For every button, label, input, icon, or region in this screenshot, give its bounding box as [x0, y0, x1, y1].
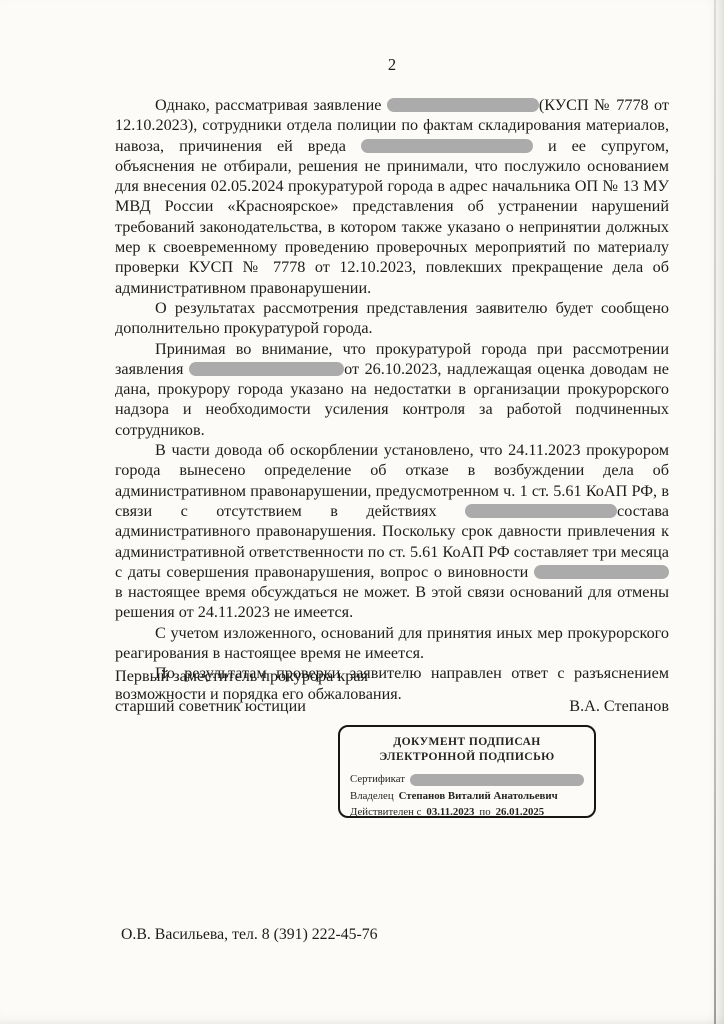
owner-name: Степанов Виталий Анатольевич: [399, 790, 558, 803]
signatory-name: В.А. Степанов: [569, 696, 669, 716]
electronic-signature-stamp: ДОКУМЕНТ ПОДПИСАН ЭЛЕКТРОННОЙ ПОДПИСЬЮ С…: [338, 725, 596, 818]
paragraph: Однако, рассматривая заявление (КУСП № 7…: [115, 95, 669, 298]
validity-to-label: по: [479, 806, 490, 819]
certificate-label: Сертификат: [350, 773, 405, 786]
signature-block: Первый заместитель прокурора края старши…: [115, 666, 669, 716]
page-number: 2: [115, 55, 669, 75]
signatory-position-line1: Первый заместитель прокурора края: [115, 666, 669, 686]
signatory-position-line2: старший советник юстиции: [115, 696, 306, 716]
redaction-bar: [465, 504, 617, 518]
redaction-bar: [387, 98, 539, 112]
certificate-row: Сертификат: [350, 773, 584, 786]
paragraph: С учетом изложенного, оснований для прин…: [115, 623, 669, 664]
validity-row: Действителен с 03.11.2023 по 26.01.2025: [350, 806, 584, 819]
scan-edge-artifact: [714, 0, 716, 1024]
stamp-title-line2: ЭЛЕКТРОННОЙ ПОДПИСЬЮ: [350, 750, 584, 765]
document-body: Однако, рассматривая заявление (КУСП № 7…: [115, 95, 669, 704]
owner-label: Владелец: [350, 790, 394, 803]
paragraph: Принимая во внимание, что прокуратурой г…: [115, 339, 669, 440]
paragraph: О результатах рассмотрения представления…: [115, 298, 669, 339]
validity-from-date: 03.11.2023: [426, 806, 474, 819]
owner-row: Владелец Степанов Виталий Анатольевич: [350, 790, 584, 803]
stamp-title-line1: ДОКУМЕНТ ПОДПИСАН: [350, 735, 584, 750]
redaction-bar: [361, 139, 533, 153]
scanned-document-page: 2 Однако, рассматривая заявление (КУСП №…: [0, 0, 724, 1024]
paragraph: В части довода об оскорблении установлен…: [115, 440, 669, 623]
certificate-redaction-bar: [410, 774, 584, 786]
redaction-bar: [189, 362, 344, 376]
validity-label: Действителен с: [350, 806, 421, 819]
validity-to-date: 26.01.2025: [496, 806, 545, 819]
executor-contact: О.В. Васильева, тел. 8 (391) 222-45-76: [121, 926, 378, 944]
redaction-bar: [534, 565, 669, 579]
